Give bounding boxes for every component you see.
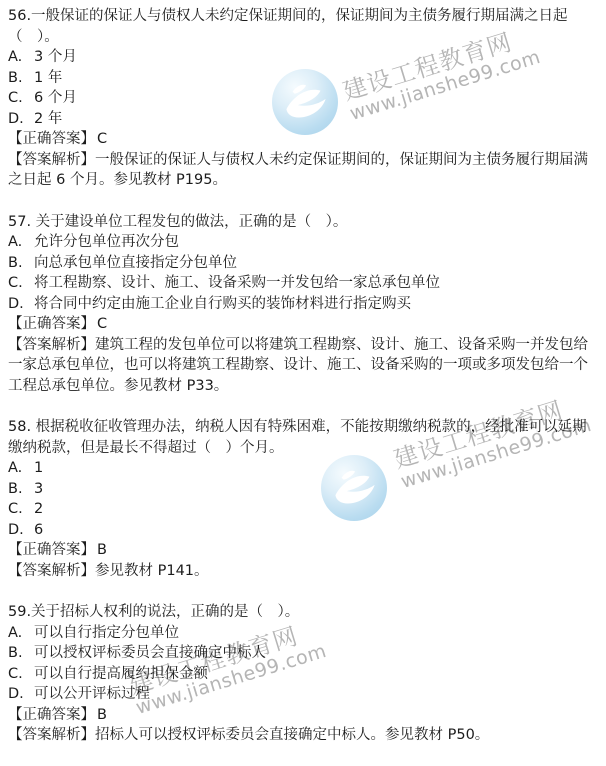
correct-answer-row: 【正确答案】C: [8, 129, 598, 150]
option-row: D.可以公开评标过程: [8, 684, 598, 705]
option-row: A.可以自行指定分包单位: [8, 623, 598, 644]
option-text: 可以自行指定分包单位: [34, 625, 179, 641]
option-row: B.1 年: [8, 68, 598, 89]
option-label: D.: [8, 109, 34, 130]
option-row: C.6 个月: [8, 88, 598, 109]
analysis-label: 【答案解析】: [8, 563, 95, 579]
option-text: 3: [34, 481, 43, 497]
option-text: 向总承包单位直接指定分包单位: [34, 255, 237, 271]
exam-answer-page: { "page": { "background": "#ffffff", "te…: [0, 0, 606, 766]
option-text: 3 个月: [34, 49, 77, 65]
option-text: 2 年: [34, 111, 62, 127]
option-row: D.6: [8, 520, 598, 541]
option-label: B.: [8, 68, 34, 89]
option-text: 可以授权评标委员会直接确定中标人: [34, 645, 266, 661]
correct-answer-value: B: [97, 542, 107, 558]
option-text: 2: [34, 501, 43, 517]
analysis-row: 【答案解析】参见教材 P141。: [8, 561, 598, 582]
correct-answer-row: 【正确答案】C: [8, 314, 598, 335]
question-stem: 58. 根据税收征收管理办法，纳税人因有特殊困难，不能按期缴纳税款的，经批准可以…: [8, 417, 598, 458]
option-text: 允许分包单位再次分包: [34, 234, 179, 250]
correct-answer-row: 【正确答案】B: [8, 705, 598, 726]
analysis-label: 【答案解析】: [8, 152, 95, 168]
option-label: C.: [8, 664, 34, 685]
option-row: B.可以授权评标委员会直接确定中标人: [8, 643, 598, 664]
option-text: 可以公开评标过程: [34, 686, 150, 702]
analysis-row: 【答案解析】招标人可以授权评标委员会直接确定中标人。参见教材 P50。: [8, 725, 598, 746]
option-text: 6: [34, 522, 43, 538]
option-label: B.: [8, 253, 34, 274]
option-label: C.: [8, 499, 34, 520]
option-text: 1: [34, 460, 43, 476]
option-text: 将合同中约定由施工企业自行购买的装饰材料进行指定购买: [34, 296, 411, 312]
option-row: B.3: [8, 479, 598, 500]
option-label: B.: [8, 479, 34, 500]
option-row: C.将工程勘察、设计、施工、设备采购一并发包给一家总承包单位: [8, 273, 598, 294]
option-label: C.: [8, 88, 34, 109]
option-row: C.2: [8, 499, 598, 520]
correct-answer-label: 【正确答案】: [8, 707, 95, 723]
question-stem: 59.关于招标人权利的说法，正确的是（ ）。: [8, 602, 598, 623]
option-label: D.: [8, 294, 34, 315]
question-block-56: 56.一般保证的保证人与债权人未约定保证期间的，保证期间为主债务履行期届满之日起…: [8, 6, 598, 191]
option-text: 可以自行提高履约担保金额: [34, 666, 208, 682]
option-row: B.向总承包单位直接指定分包单位: [8, 253, 598, 274]
option-text: 1 年: [34, 70, 62, 86]
question-block-57: 57. 关于建设单位工程发包的做法，正确的是（ ）。 A.允许分包单位再次分包 …: [8, 212, 598, 397]
option-row: D.将合同中约定由施工企业自行购买的装饰材料进行指定购买: [8, 294, 598, 315]
question-block-59: 59.关于招标人权利的说法，正确的是（ ）。 A.可以自行指定分包单位 B.可以…: [8, 602, 598, 746]
option-row: C.可以自行提高履约担保金额: [8, 664, 598, 685]
option-label: D.: [8, 520, 34, 541]
analysis-row: 【答案解析】建筑工程的发包单位可以将建筑工程勘察、设计、施工、设备采购一并发包给…: [8, 335, 598, 397]
option-row: A.允许分包单位再次分包: [8, 232, 598, 253]
option-row: D.2 年: [8, 109, 598, 130]
analysis-row: 【答案解析】一般保证的保证人与债权人未约定保证期间的，保证期间为主债务履行期届满…: [8, 150, 598, 191]
option-text: 6 个月: [34, 90, 77, 106]
analysis-text: 参见教材 P141。: [95, 563, 209, 579]
correct-answer-label: 【正确答案】: [8, 316, 95, 332]
option-label: B.: [8, 643, 34, 664]
option-text: 将工程勘察、设计、施工、设备采购一并发包给一家总承包单位: [34, 275, 440, 291]
analysis-text: 一般保证的保证人与债权人未约定保证期间的，保证期间为主债务履行期届满 之日起 6…: [8, 152, 588, 189]
analysis-label: 【答案解析】: [8, 337, 95, 353]
correct-answer-value: B: [97, 707, 107, 723]
option-label: A.: [8, 47, 34, 68]
option-row: A.1: [8, 458, 598, 479]
option-row: A.3 个月: [8, 47, 598, 68]
option-label: A.: [8, 232, 34, 253]
question-stem: 57. 关于建设单位工程发包的做法，正确的是（ ）。: [8, 212, 598, 233]
analysis-label: 【答案解析】: [8, 727, 95, 743]
correct-answer-label: 【正确答案】: [8, 131, 95, 147]
correct-answer-label: 【正确答案】: [8, 542, 95, 558]
analysis-text: 建筑工程的发包单位可以将建筑工程勘察、设计、施工、设备采购一并发包给 一家总承包…: [8, 337, 588, 394]
question-block-58: 58. 根据税收征收管理办法，纳税人因有特殊困难，不能按期缴纳税款的，经批准可以…: [8, 417, 598, 581]
correct-answer-value: C: [97, 316, 107, 332]
question-stem: 56.一般保证的保证人与债权人未约定保证期间的，保证期间为主债务履行期届满之日起…: [8, 6, 598, 47]
document-content: 56.一般保证的保证人与债权人未约定保证期间的，保证期间为主债务履行期届满之日起…: [0, 0, 606, 746]
option-label: D.: [8, 684, 34, 705]
analysis-text: 招标人可以授权评标委员会直接确定中标人。参见教材 P50。: [95, 727, 489, 743]
correct-answer-value: C: [97, 131, 107, 147]
correct-answer-row: 【正确答案】B: [8, 540, 598, 561]
option-label: A.: [8, 458, 34, 479]
option-label: A.: [8, 623, 34, 644]
option-label: C.: [8, 273, 34, 294]
